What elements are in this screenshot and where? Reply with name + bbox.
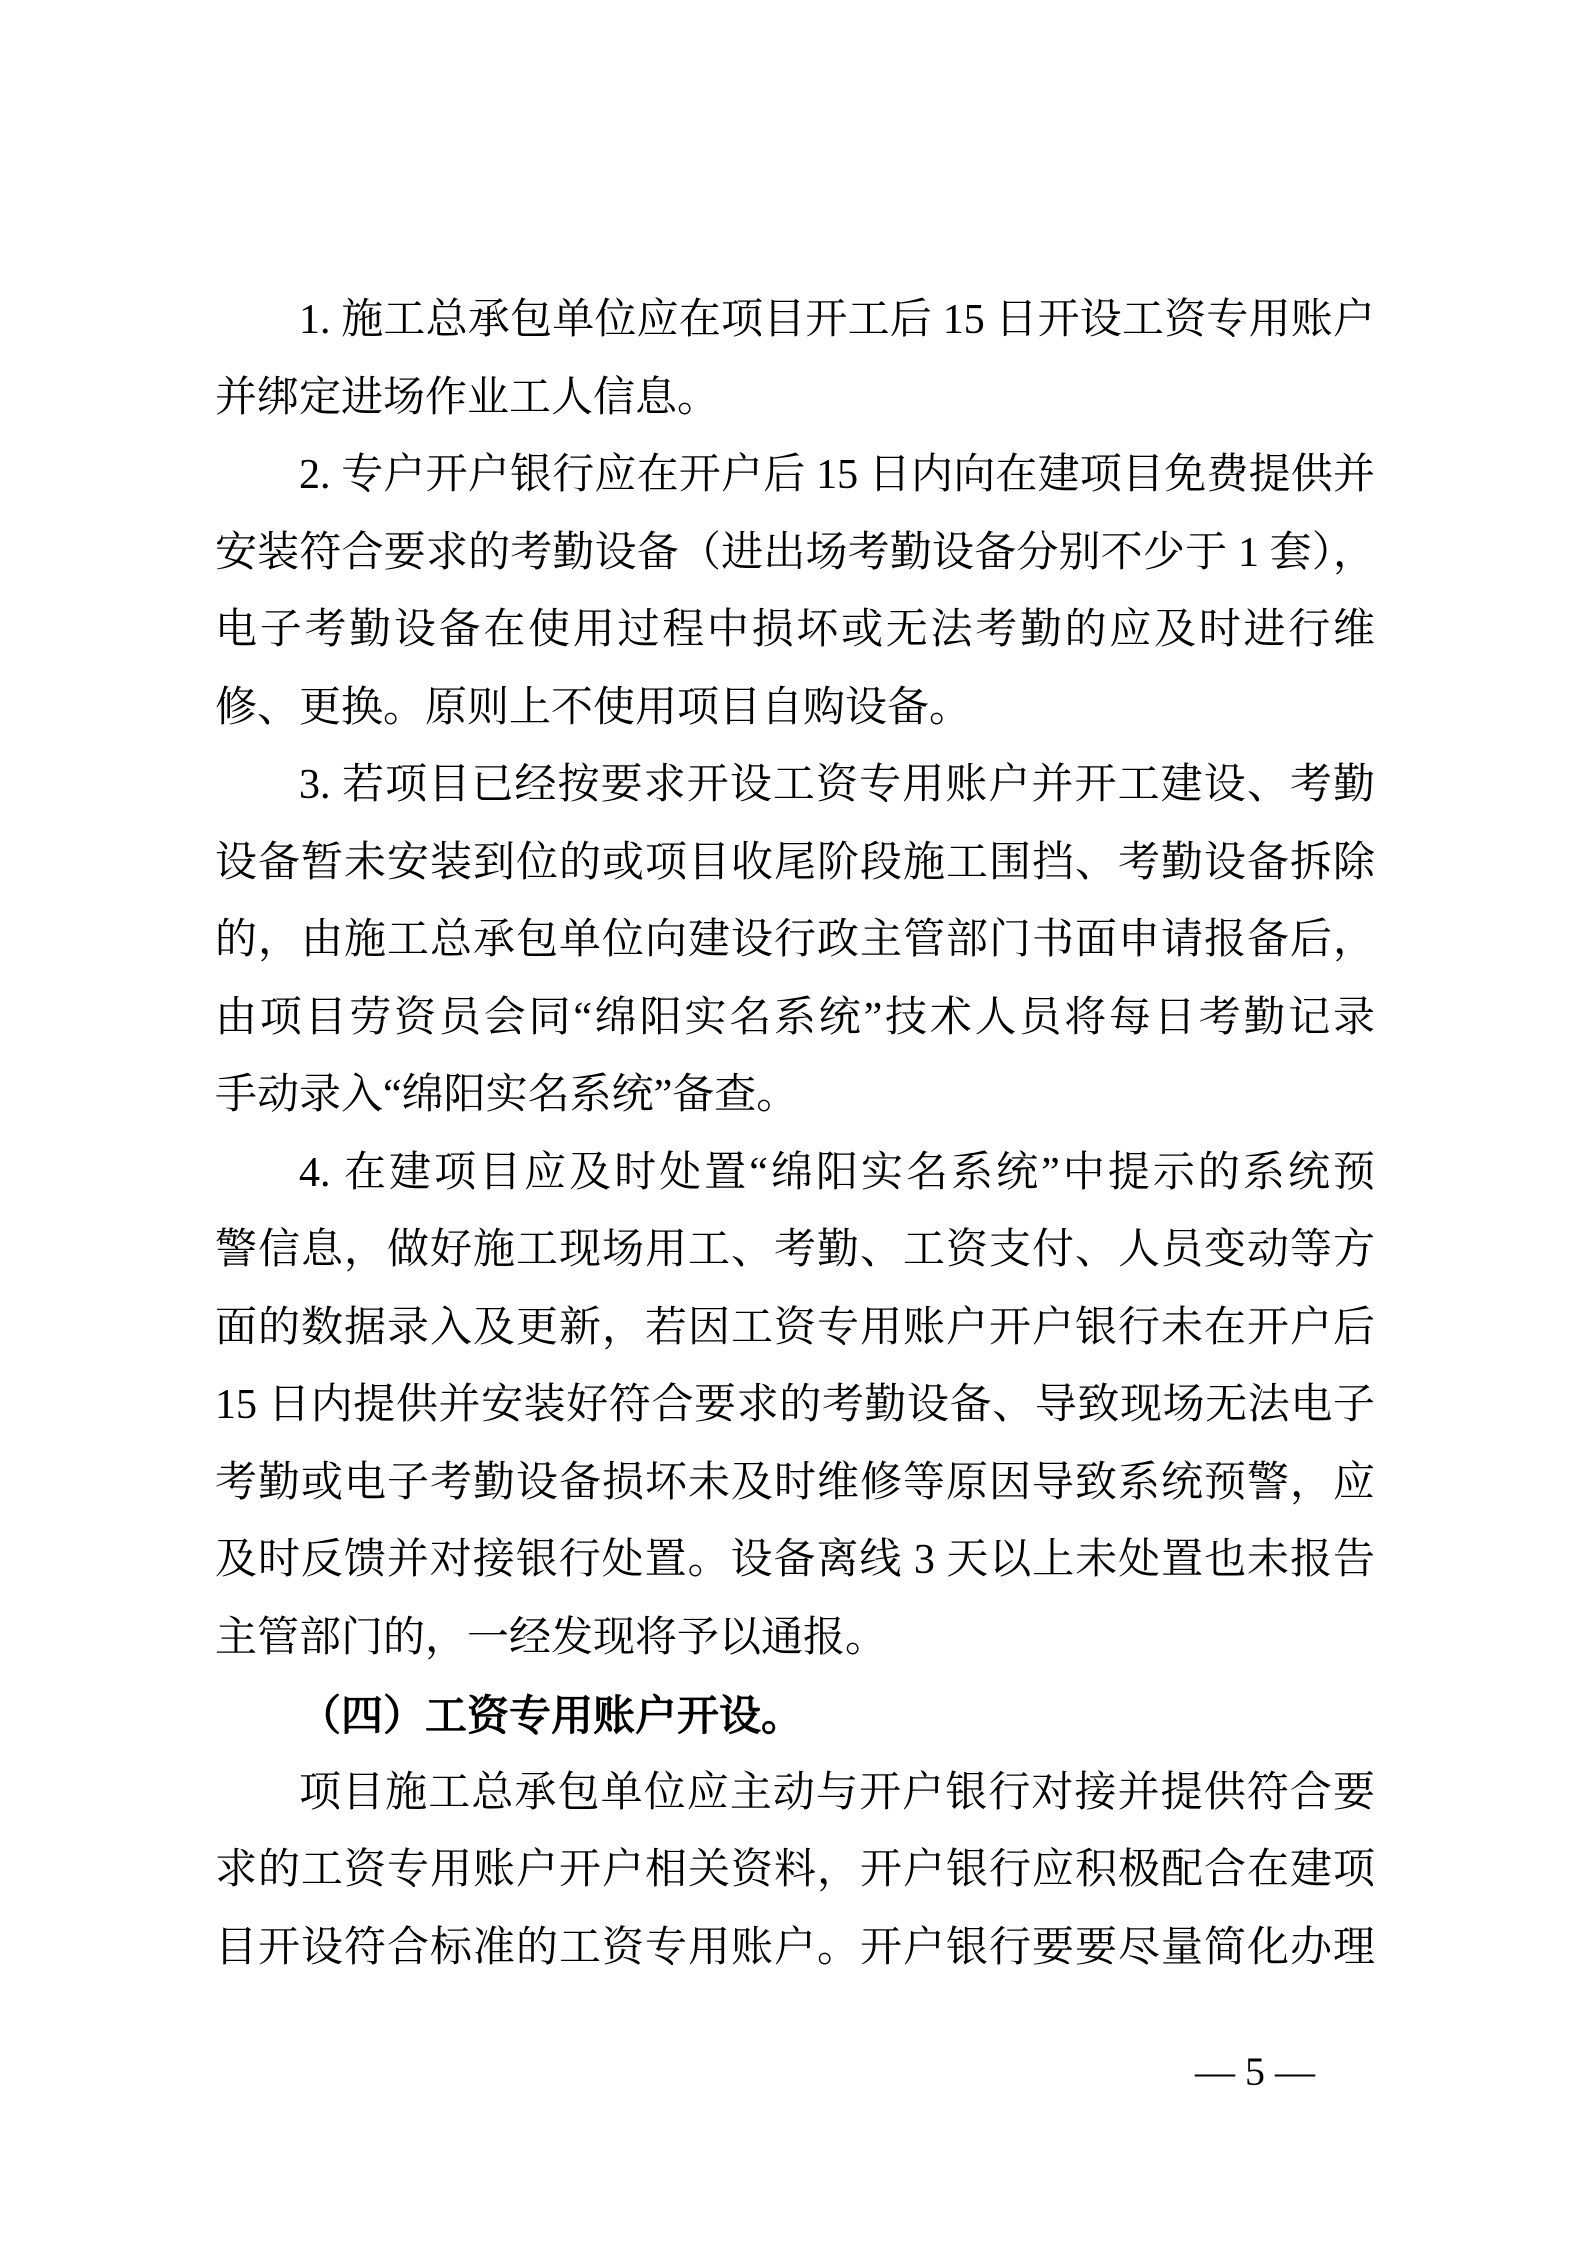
section-heading: （四）工资专用账户开设。 [215, 1677, 1375, 1755]
text-line: 修、更换。原则上不使用项目自购设备。 [215, 670, 1375, 748]
paragraph: 4. 在建项目应及时处置“绵阳实名系统”中提示的系统预警信息，做好施工现场用工、… [215, 1135, 1375, 1678]
text-line: 设备暂未安装到位的或项目收尾阶段施工围挡、考勤设备拆除 [215, 825, 1375, 903]
document-page: 1. 施工总承包单位应在项目开工后 15 日开设工资专用账户并绑定进场作业工人信… [0, 0, 1587, 2245]
text-line: 3. 若项目已经按要求开设工资专用账户并开工建设、考勤 [215, 747, 1375, 825]
paragraph: 3. 若项目已经按要求开设工资专用账户并开工建设、考勤设备暂未安装到位的或项目收… [215, 747, 1375, 1135]
text-line: 手动录入“绵阳实名系统”备查。 [215, 1057, 1375, 1135]
text-line: 求的工资专用账户开户相关资料，开户银行应积极配合在建项 [215, 1832, 1375, 1910]
text-line: （四）工资专用账户开设。 [215, 1677, 1375, 1755]
text-line: 1. 施工总承包单位应在项目开工后 15 日开设工资专用账户 [215, 282, 1375, 360]
text-line: 警信息，做好施工现场用工、考勤、工资支付、人员变动等方 [215, 1212, 1375, 1290]
text-line: 由项目劳资员会同“绵阳实名系统”技术人员将每日考勤记录 [215, 980, 1375, 1058]
text-line: 目开设符合标准的工资专用账户。开户银行要要尽量简化办理 [215, 1910, 1375, 1988]
text-line: 2. 专户开户银行应在开户后 15 日内向在建项目免费提供并 [215, 437, 1375, 515]
paragraph: 2. 专户开户银行应在开户后 15 日内向在建项目免费提供并安装符合要求的考勤设… [215, 437, 1375, 747]
page-number: — 5 — [1195, 2048, 1315, 2096]
paragraph: 项目施工总承包单位应主动与开户银行对接并提供符合要求的工资专用账户开户相关资料，… [215, 1755, 1375, 1988]
text-line: 4. 在建项目应及时处置“绵阳实名系统”中提示的系统预 [215, 1135, 1375, 1213]
paragraph: 1. 施工总承包单位应在项目开工后 15 日开设工资专用账户并绑定进场作业工人信… [215, 282, 1375, 437]
text-line: 项目施工总承包单位应主动与开户银行对接并提供符合要 [215, 1755, 1375, 1833]
document-body: 1. 施工总承包单位应在项目开工后 15 日开设工资专用账户并绑定进场作业工人信… [215, 282, 1375, 1987]
text-line: 的，由施工总承包单位向建设行政主管部门书面申请报备后， [215, 902, 1375, 980]
text-line: 及时反馈并对接银行处置。设备离线 3 天以上未处置也未报告 [215, 1522, 1375, 1600]
text-line: 15 日内提供并安装好符合要求的考勤设备、导致现场无法电子 [215, 1367, 1375, 1445]
text-line: 考勤或电子考勤设备损坏未及时维修等原因导致系统预警，应 [215, 1445, 1375, 1523]
text-line: 主管部门的，一经发现将予以通报。 [215, 1600, 1375, 1678]
text-line: 并绑定进场作业工人信息。 [215, 360, 1375, 438]
text-line: 面的数据录入及更新，若因工资专用账户开户银行未在开户后 [215, 1290, 1375, 1368]
text-line: 安装符合要求的考勤设备（进出场考勤设备分别不少于 1 套）， [215, 515, 1375, 593]
text-line: 电子考勤设备在使用过程中损坏或无法考勤的应及时进行维 [215, 592, 1375, 670]
